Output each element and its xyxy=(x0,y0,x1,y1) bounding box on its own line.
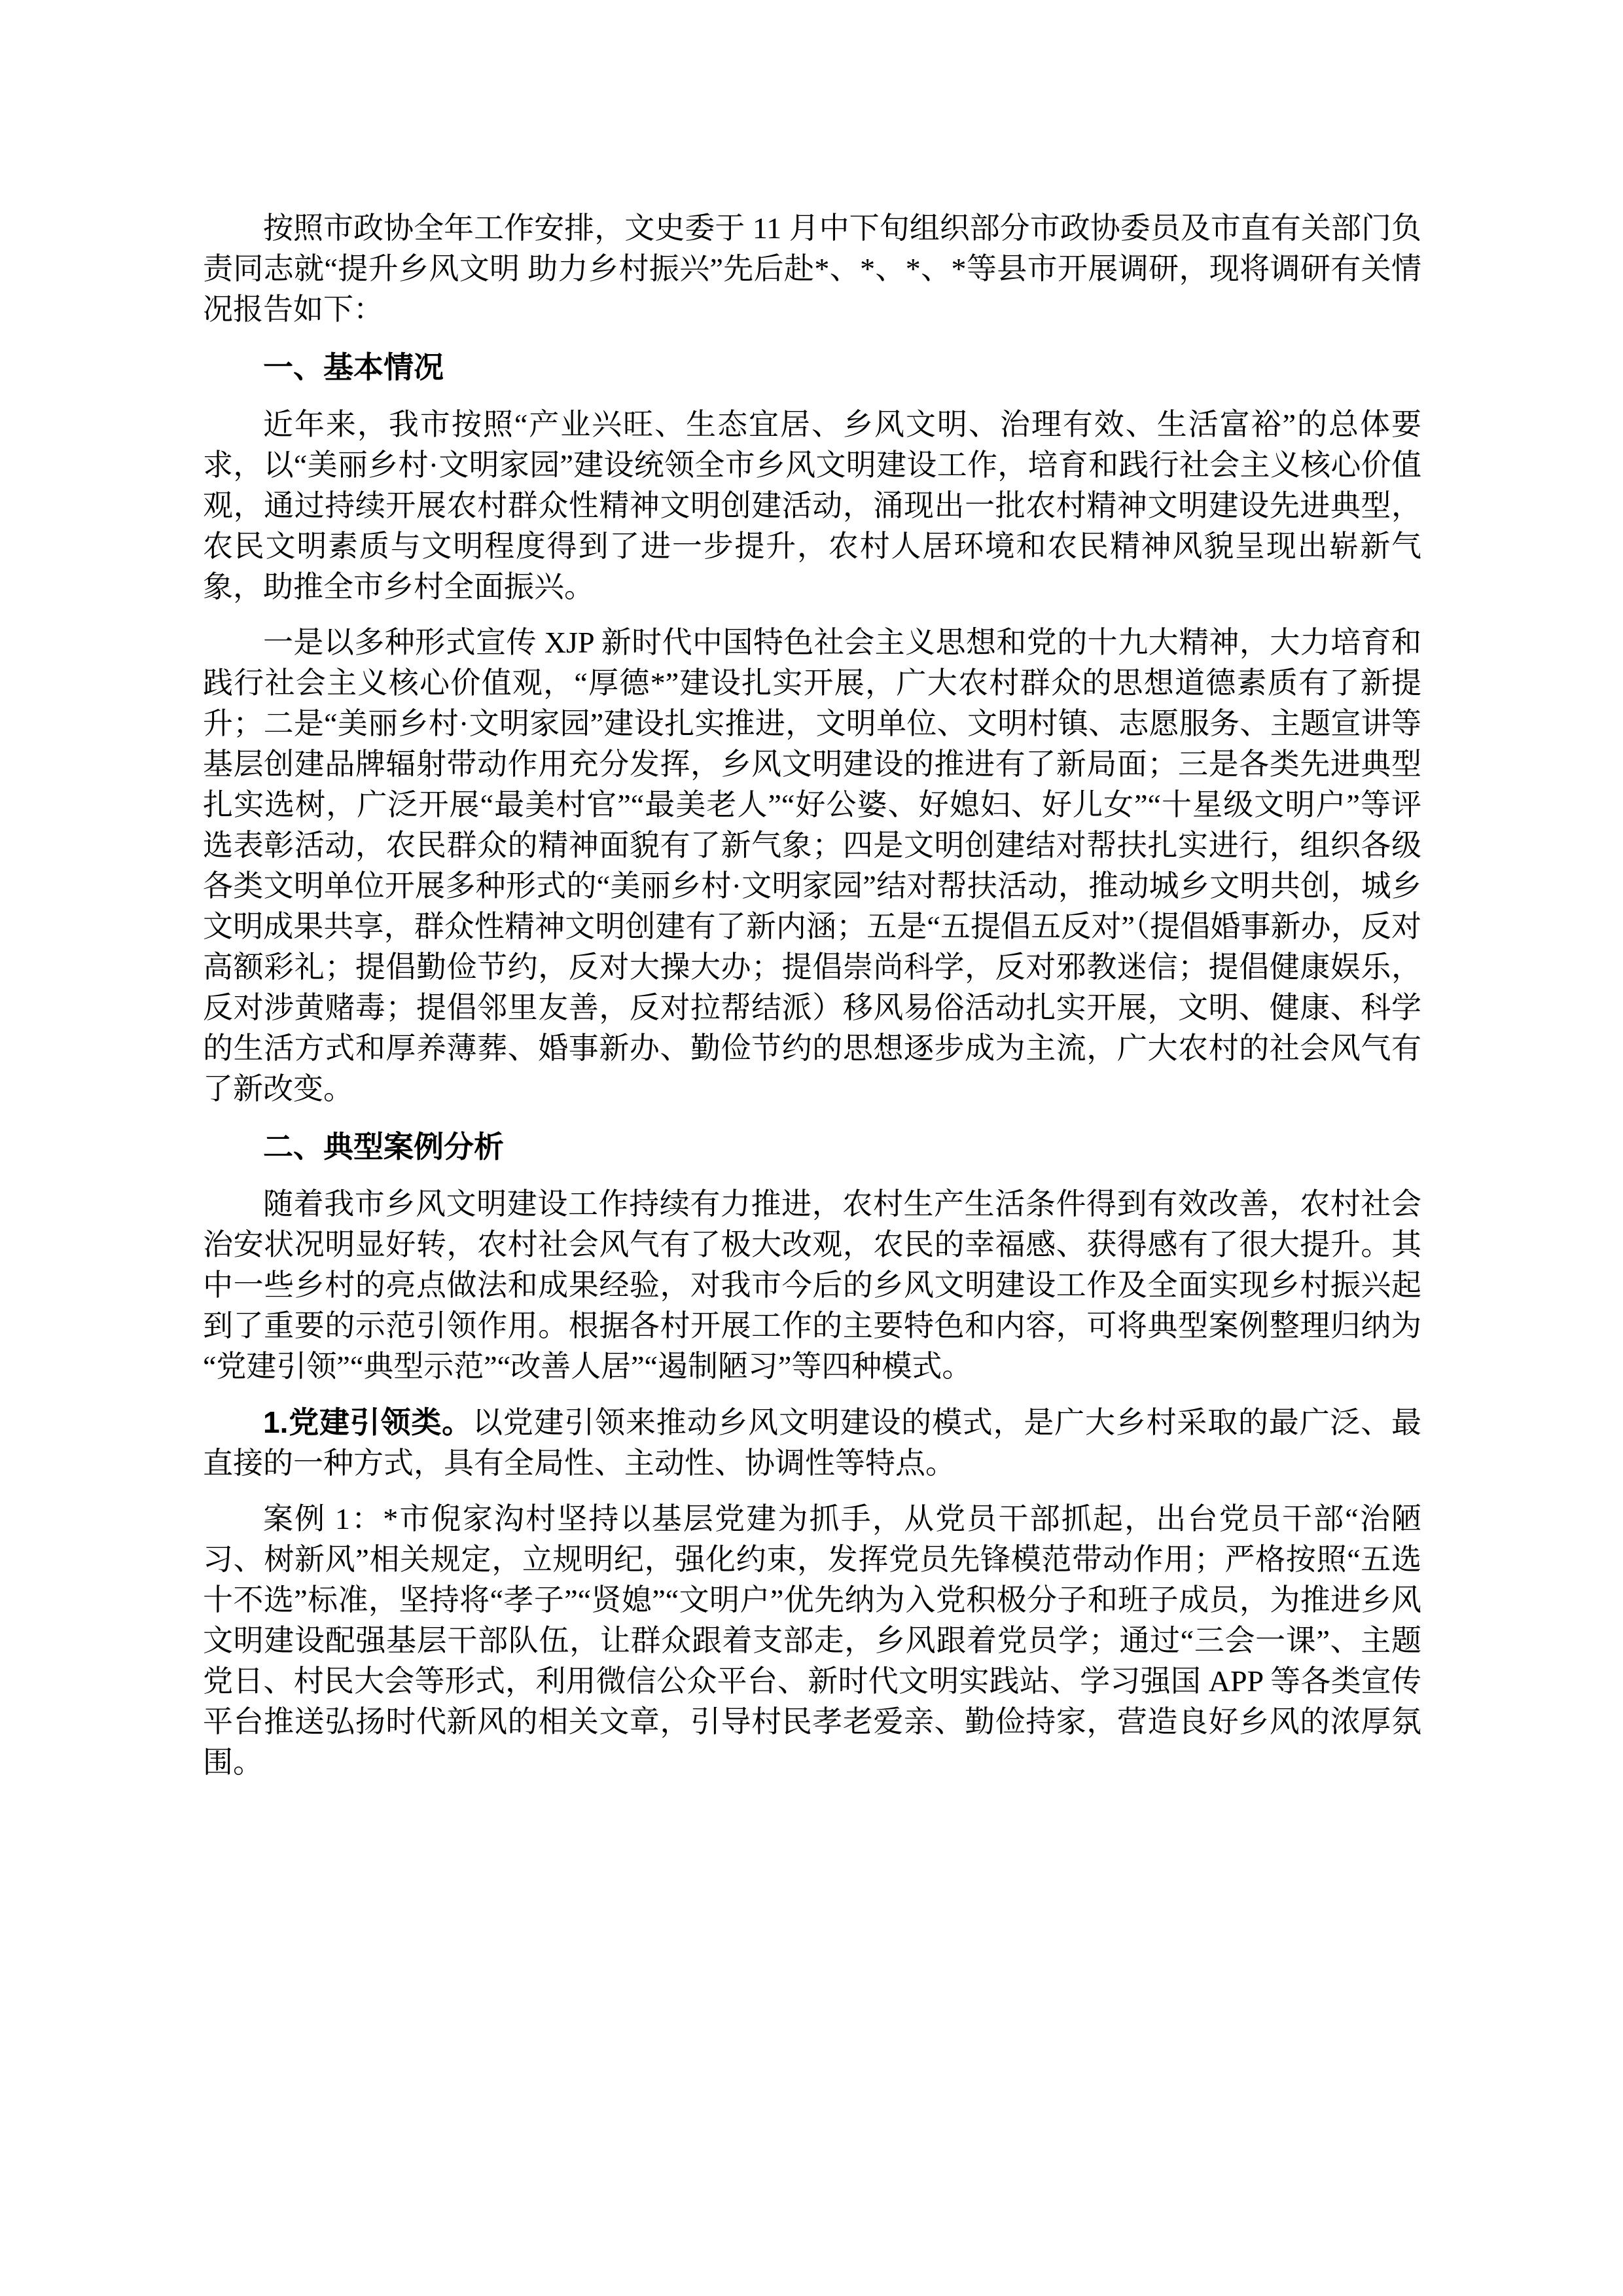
document-page: 按照市政协全年工作安排，文史委于 11 月中下旬组织部分市政协委员及市直有关部门… xyxy=(0,0,1623,2296)
paragraph-party-leading: 1.党建引领类。以党建引领来推动乡风文明建设的模式，是广大乡村采取的最广泛、最直… xyxy=(203,1402,1421,1484)
paragraph-five-achievements: 一是以多种形式宣传 XJP 新时代中国特色社会主义思想和党的十九大精神，大力培育… xyxy=(203,622,1421,1109)
paragraph-case-1: 案例 1：*市倪家沟村坚持以基层党建为抓手，从党员干部抓起，出台党员干部“治陋习… xyxy=(203,1499,1421,1783)
party-leading-bold-lead: 1.党建引领类。 xyxy=(263,1405,473,1439)
paragraph-case-overview: 随着我市乡风文明建设工作持续有力推进，农村生产生活条件得到有效改善，农村社会治安… xyxy=(203,1184,1421,1387)
heading-basic-situation: 一、基本情况 xyxy=(203,347,1421,387)
paragraph-overview: 近年来，我市按照“产业兴旺、生态宜居、乡风文明、治理有效、生活富裕”的总体要求，… xyxy=(203,404,1421,607)
paragraph-opening: 按照市政协全年工作安排，文史委于 11 月中下旬组织部分市政协委员及市直有关部门… xyxy=(203,208,1421,330)
heading-case-analysis: 二、典型案例分析 xyxy=(203,1126,1421,1167)
